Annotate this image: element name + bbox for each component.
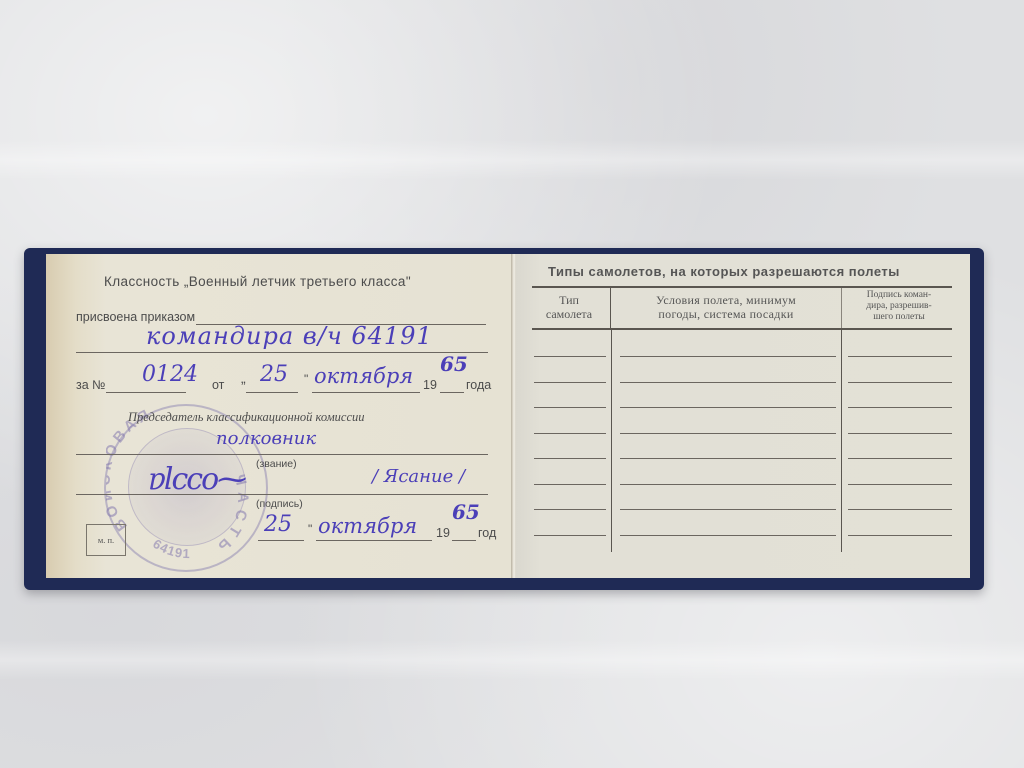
- chairman-signature: ɐlcco⁓: [148, 462, 245, 497]
- underline: [316, 540, 432, 541]
- commander-signature-field[interactable]: [848, 356, 952, 357]
- underline: [312, 392, 420, 393]
- column-divider: [841, 330, 842, 552]
- column-header-line: Подпись коман-: [846, 290, 952, 301]
- quote-open: „: [241, 370, 246, 386]
- column-header-aircraft-type: Тип самолета: [532, 294, 606, 322]
- svg-text:64191: 64191: [150, 536, 191, 561]
- conditions-field[interactable]: [620, 535, 836, 536]
- underline: [76, 352, 488, 353]
- commander-signature-field[interactable]: [848, 535, 952, 536]
- order-year: 65: [440, 352, 468, 376]
- underline: [258, 540, 304, 541]
- quote-close: ": [308, 522, 312, 536]
- column-header-commander-signature: Подпись коман- дира, разрешив- шего поле…: [846, 290, 952, 323]
- sign-year: 65: [452, 500, 480, 524]
- table-header-top-rule: [532, 286, 952, 288]
- rank-caption: (звание): [256, 458, 297, 470]
- column-divider: [611, 330, 612, 552]
- conditions-field[interactable]: [620, 356, 836, 357]
- rank-value: полковник: [216, 428, 316, 449]
- aircraft-type-field[interactable]: [534, 458, 606, 459]
- aircraft-type-field[interactable]: [534, 509, 606, 510]
- commander-signature-field[interactable]: [848, 407, 952, 408]
- aircraft-type-field[interactable]: [534, 382, 606, 383]
- column-header-line: шего полеты: [846, 312, 952, 323]
- right-page: Типы самолетов, на которых разрешаются п…: [516, 254, 970, 578]
- aircraft-types-title: Типы самолетов, на которых разрешаются п…: [548, 264, 900, 279]
- cloth-fold-highlight: [0, 640, 1024, 680]
- underline: [246, 392, 298, 393]
- aircraft-type-field[interactable]: [534, 407, 606, 408]
- table-header-bottom-rule: [532, 328, 952, 330]
- sign-month: октября: [318, 514, 417, 538]
- commander-signature-field[interactable]: [848, 458, 952, 459]
- aircraft-type-field[interactable]: [534, 484, 606, 485]
- aircraft-type-field[interactable]: [534, 433, 606, 434]
- conditions-field[interactable]: [620, 484, 836, 485]
- from-label: от: [212, 378, 224, 392]
- conditions-field[interactable]: [620, 407, 836, 408]
- order-day: 25: [260, 362, 288, 387]
- column-header-line: Условия полета, минимум: [616, 294, 836, 308]
- year-word: год: [478, 526, 496, 540]
- sign-day: 25: [264, 512, 292, 537]
- chairman-name: / Ясание /: [372, 466, 465, 487]
- underline: [106, 392, 186, 393]
- underline: [76, 494, 488, 495]
- commander-signature-field[interactable]: [848, 382, 952, 383]
- stamp-number: 64191: [150, 536, 191, 561]
- order-number-value: 0124: [142, 362, 198, 387]
- year-word: года: [466, 378, 491, 392]
- year-prefix: 19: [436, 526, 450, 540]
- aircraft-type-field[interactable]: [534, 535, 606, 536]
- underline: [76, 454, 488, 455]
- underline: [452, 540, 476, 541]
- column-divider: [841, 288, 842, 328]
- underline: [440, 392, 464, 393]
- seal-place-label: м. п.: [98, 535, 114, 545]
- year-prefix: 19: [423, 378, 437, 392]
- column-header-line: самолета: [532, 308, 606, 322]
- left-page: ВОЙСКОВАЯ ЧАСТЬ 64191 Классность „Военны…: [46, 254, 512, 578]
- assigned-by-value: командира в/ч 64191: [146, 322, 433, 350]
- signature-caption: (подпись): [256, 498, 303, 510]
- commander-signature-field[interactable]: [848, 509, 952, 510]
- commission-chairman-label: Председатель классификационной комиссии: [128, 410, 365, 425]
- conditions-field[interactable]: [620, 458, 836, 459]
- conditions-field[interactable]: [620, 509, 836, 510]
- qualification-title: Классность „Военный летчик третьего клас…: [104, 274, 411, 289]
- cloth-fold-highlight: [0, 140, 1024, 180]
- order-month: октября: [314, 364, 413, 388]
- column-header-line: дира, разрешив-: [846, 301, 952, 312]
- conditions-field[interactable]: [620, 382, 836, 383]
- aircraft-type-field[interactable]: [534, 356, 606, 357]
- column-header-conditions: Условия полета, минимум погоды, система …: [616, 294, 836, 322]
- column-header-line: погоды, система посадки: [616, 308, 836, 322]
- seal-place-box: м. п.: [86, 524, 126, 556]
- commander-signature-field[interactable]: [848, 484, 952, 485]
- column-header-line: Тип: [532, 294, 606, 308]
- order-number-label: за №: [76, 378, 106, 392]
- column-divider: [610, 288, 611, 328]
- commander-signature-field[interactable]: [848, 433, 952, 434]
- conditions-field[interactable]: [620, 433, 836, 434]
- quote-close: ": [304, 372, 308, 386]
